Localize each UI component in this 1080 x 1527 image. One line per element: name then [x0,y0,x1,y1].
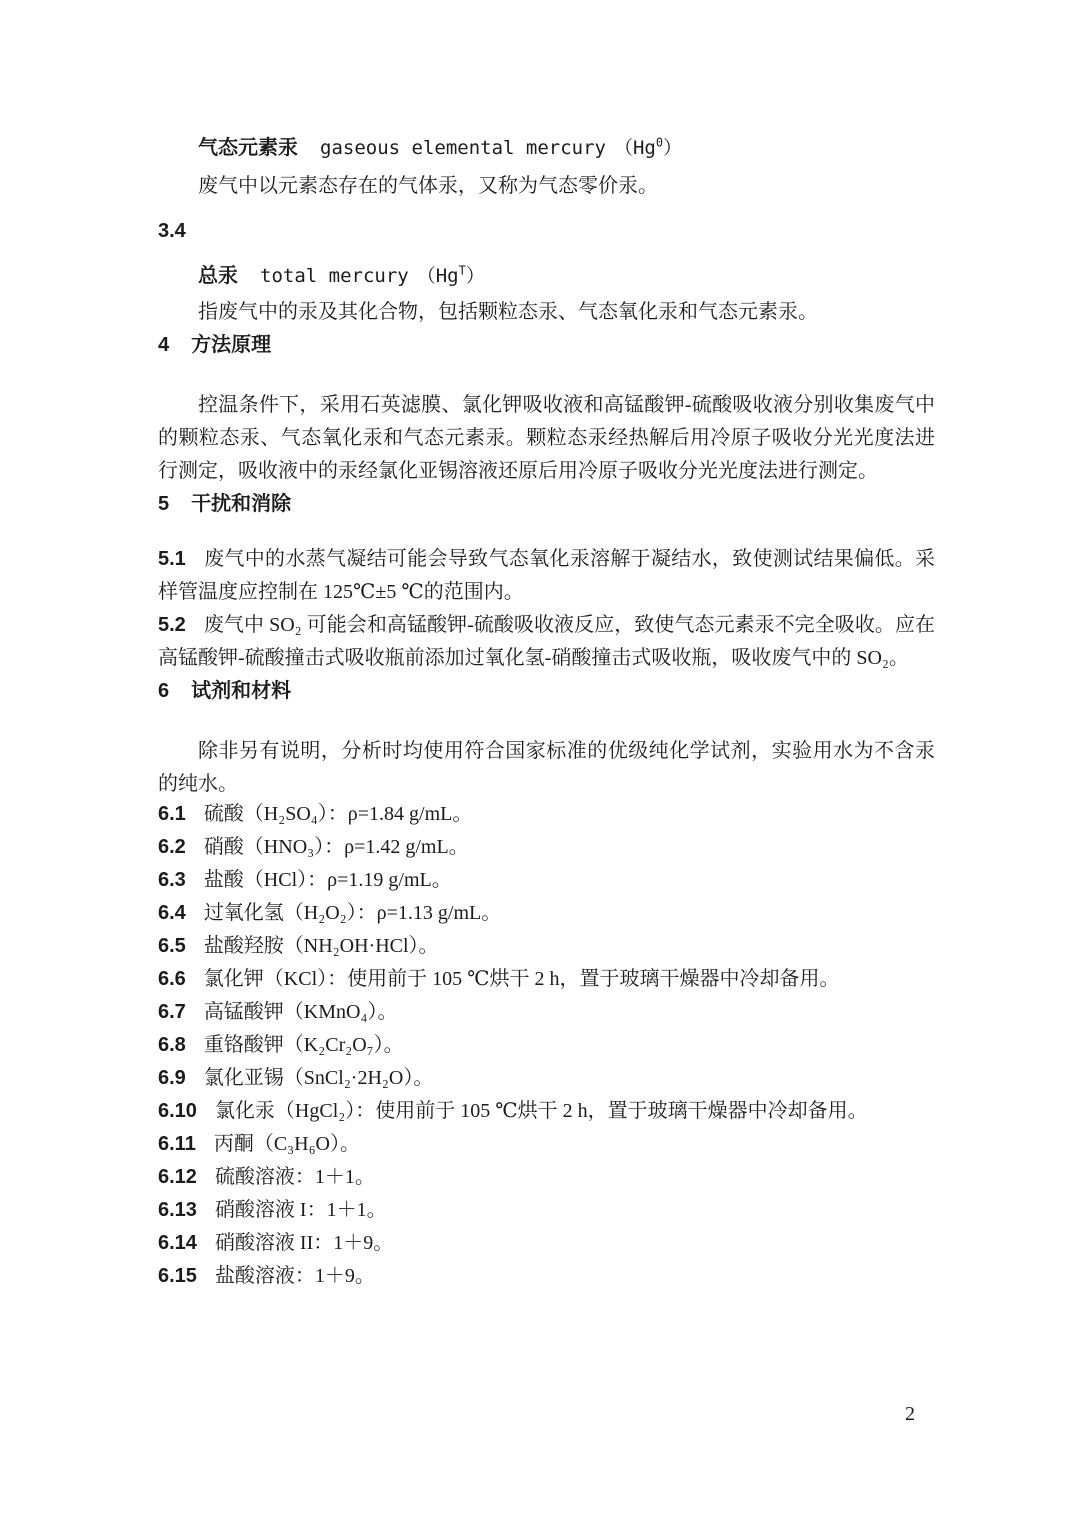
reagent-item-6-1: 6.1硫酸（H₂SO₄）：ρ=1.84 g/mL。 [158,798,935,831]
item-number: 6.4 [158,902,186,924]
reagent-item-6-12: 6.12硫酸溶液：1＋1。 [158,1161,935,1194]
item-number: 6.8 [158,1034,186,1056]
page-number: 2 [905,1398,915,1431]
reagent-item-6-4: 6.4过氧化氢（H₂O₂）：ρ=1.13 g/mL。 [158,897,935,930]
clause-text: 废气中 SO₂ 可能会和高锰酸钾-硫酸吸收液反应，致使气态元素汞不完全吸收。应在… [158,614,935,669]
item-text: 硝酸溶液 I：1＋1。 [215,1199,387,1221]
item-number: 6.15 [158,1265,197,1287]
term-cn-label: 气态元素汞 [198,137,298,159]
section-title: 方法原理 [191,334,271,356]
item-number: 6.6 [158,968,186,990]
reagent-item-6-5: 6.5盐酸羟胺（NH₂OH·HCl）。 [158,930,935,963]
section-6-heading: 6试剂和材料 [158,675,935,708]
item-number: 6.12 [158,1166,197,1188]
term-symbol: （HgT） [417,265,485,287]
method-principle-paragraph: 控温条件下，采用石英滤膜、氯化钾吸收液和高锰酸钾-硫酸吸收液分别收集废气中的颗粒… [158,389,935,488]
section-title: 干扰和消除 [191,493,291,515]
item-text: 过氧化氢（H₂O₂）：ρ=1.13 g/mL。 [204,902,501,924]
section-title: 试剂和材料 [191,680,291,702]
reagents-intro-paragraph: 除非另有说明，分析时均使用符合国家标准的优级纯化学试剂，实验用水为不含汞的纯水。 [158,735,935,801]
hg-superscript: T [459,264,466,278]
item-text: 高锰酸钾（KMnO₄）。 [204,1001,398,1023]
reagent-item-6-7: 6.7高锰酸钾（KMnO₄）。 [158,996,935,1029]
item-text: 氯化亚锡（SnCl₂·2H₂O）。 [204,1067,434,1089]
term-cn-label: 总汞 [198,265,238,287]
section-number: 4 [158,334,169,356]
reagent-item-6-13: 6.13硝酸溶液 I：1＋1。 [158,1194,935,1227]
item-text: 硝酸（HNO₃）：ρ=1.42 g/mL。 [204,836,469,858]
item-text: 盐酸溶液：1＋9。 [215,1265,375,1287]
term-symbol: （Hg0） [614,137,682,159]
item-number: 6.7 [158,1001,186,1023]
clause-5-2: 5.2废气中 SO₂ 可能会和高锰酸钾-硫酸吸收液反应，致使气态元素汞不完全吸收… [158,609,935,675]
clause-number-3-4: 3.4 [158,215,935,248]
item-number: 6.11 [158,1133,196,1155]
item-text: 盐酸（HCl）：ρ=1.19 g/mL。 [204,869,452,891]
term-definition-text: 废气中以元素态存在的气体汞，又称为气态零价汞。 [158,170,935,203]
item-number: 6.10 [158,1100,197,1122]
reagent-item-6-11: 6.11丙酮（C₃H₆O）。 [158,1128,935,1161]
item-number: 6.14 [158,1232,197,1254]
reagent-item-6-6: 6.6氯化钾（KCl）：使用前于 105 ℃烘干 2 h，置于玻璃干燥器中冷却备… [158,963,935,996]
item-text: 氯化钾（KCl）：使用前于 105 ℃烘干 2 h，置于玻璃干燥器中冷却备用。 [204,968,840,990]
term-block-gaseous-elemental-mercury: 气态元素汞gaseous elemental mercury（Hg0） [158,132,935,165]
clause-text: 废气中的水蒸气凝结可能会导致气态氧化汞溶解于凝结水，致使测试结果偏低。采样管温度… [158,548,935,603]
item-text: 硫酸（H₂SO₄）：ρ=1.84 g/mL。 [204,803,473,825]
reagent-item-6-10: 6.10氯化汞（HgCl₂）：使用前于 105 ℃烘干 2 h，置于玻璃干燥器中… [158,1095,935,1128]
term-en-label: gaseous elemental mercury [320,137,606,159]
reagent-item-6-14: 6.14硝酸溶液 II：1＋9。 [158,1227,935,1260]
clause-5-1: 5.1废气中的水蒸气凝结可能会导致气态氧化汞溶解于凝结水，致使测试结果偏低。采样… [158,543,935,609]
item-text: 硫酸溶液：1＋1。 [215,1166,375,1188]
item-number: 6.2 [158,836,186,858]
symbol-close: ） [466,265,485,287]
symbol-open: （Hg [614,137,656,159]
section-number: 6 [158,680,169,702]
item-text: 氯化汞（HgCl₂）：使用前于 105 ℃烘干 2 h，置于玻璃干燥器中冷却备用… [215,1100,868,1122]
section-4-heading: 4方法原理 [158,329,935,362]
item-text: 重铬酸钾（K₂Cr₂O₇）。 [204,1034,404,1056]
page-content: 气态元素汞gaseous elemental mercury（Hg0） 废气中以… [158,132,935,1293]
term-en-label: total mercury [260,265,409,287]
item-text: 硝酸溶液 II：1＋9。 [215,1232,393,1254]
symbol-close: ） [663,137,682,159]
section-number: 5 [158,493,169,515]
item-number: 6.1 [158,803,186,825]
item-number: 6.3 [158,869,186,891]
item-number: 6.5 [158,935,186,957]
reagent-item-6-8: 6.8重铬酸钾（K₂Cr₂O₇）。 [158,1029,935,1062]
reagent-list: 6.1硫酸（H₂SO₄）：ρ=1.84 g/mL。 6.2硝酸（HNO₃）：ρ=… [158,798,935,1293]
reagent-item-6-9: 6.9氯化亚锡（SnCl₂·2H₂O）。 [158,1062,935,1095]
item-text: 盐酸羟胺（NH₂OH·HCl）。 [204,935,439,957]
clause-number: 5.1 [158,548,186,570]
item-number: 6.9 [158,1067,186,1089]
section-5-heading: 5干扰和消除 [158,488,935,521]
document-page: 气态元素汞gaseous elemental mercury（Hg0） 废气中以… [0,0,1080,1527]
interference-clauses: 5.1废气中的水蒸气凝结可能会导致气态氧化汞溶解于凝结水，致使测试结果偏低。采样… [158,543,935,675]
item-text: 丙酮（C₃H₆O）。 [214,1133,360,1155]
reagent-item-6-2: 6.2硝酸（HNO₃）：ρ=1.42 g/mL。 [158,831,935,864]
reagent-item-6-3: 6.3盐酸（HCl）：ρ=1.19 g/mL。 [158,864,935,897]
symbol-open: （Hg [417,265,459,287]
clause-number: 5.2 [158,614,186,636]
term-definition-text: 指废气中的汞及其化合物，包括颗粒态汞、气态氧化汞和气态元素汞。 [158,296,935,329]
term-block-total-mercury: 总汞total mercury（HgT） [158,260,935,293]
item-number: 6.13 [158,1199,197,1221]
reagent-item-6-15: 6.15盐酸溶液：1＋9。 [158,1260,935,1293]
